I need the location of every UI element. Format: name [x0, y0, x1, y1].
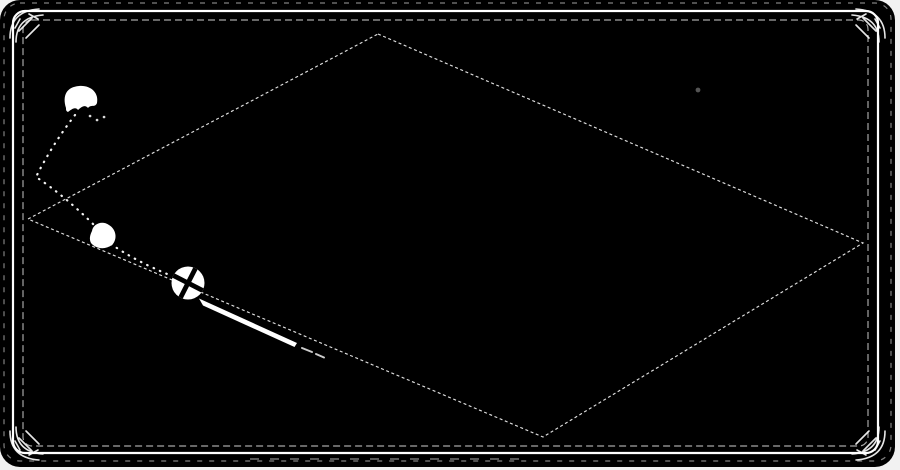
scan-speck: [696, 88, 701, 93]
figure-canvas: [0, 0, 900, 470]
figure-background: [0, 0, 895, 467]
